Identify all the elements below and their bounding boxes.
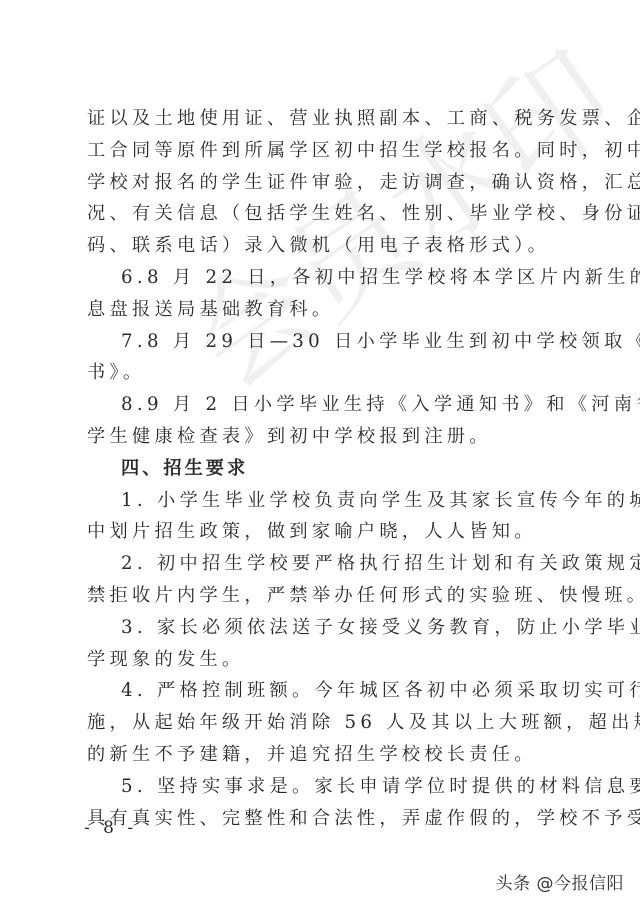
section-heading: 四、招生要求 <box>121 457 591 481</box>
document-line: 6.8 月 22 日，各初中招生学校将本学区片内新生的电子信 <box>121 266 591 290</box>
document-line: 学校对报名的学生证件审验，走访调查，确认资格，汇总情 <box>87 171 557 195</box>
page-number: - 8 - <box>84 818 137 838</box>
document-line: 3. 家长必须依法送子女接受义务教育，防止小学毕业生辍 <box>121 616 591 640</box>
document-line: 中划片招生政策，做到家喻户晓，人人皆知。 <box>87 520 557 544</box>
document-line: 施，从起始年级开始消除 56 人及其以上大班额，超出规定班额 <box>87 711 557 735</box>
document-line: 息盘报送局基础教育科。 <box>87 298 557 322</box>
document-line: 2. 初中招生学校要严格执行招生计划和有关政策规定，严 <box>121 552 591 576</box>
document-line: 码、联系电话）录入微机（用电子表格形式）。 <box>87 234 557 258</box>
document-line: 禁拒收片内学生，严禁举办任何形式的实验班、快慢班。 <box>87 584 557 608</box>
document-line: 学生健康检查表》到初中学校报到注册。 <box>87 425 557 449</box>
document-line: 5. 坚持实事求是。家长申请学位时提供的材料信息要同时 <box>121 775 591 799</box>
document-line: 学现象的发生。 <box>87 648 557 672</box>
document-page: 会员水印 证以及土地使用证、营业执照副本、工商、税务发票、企业用工合同等原件到所… <box>0 0 640 906</box>
document-line: 具有真实性、完整性和合法性，弄虚作假的，学校不予受理， <box>87 807 557 831</box>
document-line: 的新生不予建籍，并追究招生学校校长责任。 <box>87 743 557 767</box>
document-line: 证以及土地使用证、营业执照副本、工商、税务发票、企业用 <box>87 107 557 131</box>
document-line: 书》。 <box>87 361 557 385</box>
document-line: 7.8 月 29 日—30 日小学毕业生到初中学校领取《入学通知 <box>121 330 591 354</box>
document-line: 4. 严格控制班额。今年城区各初中必须采取切实可行的措 <box>121 679 591 703</box>
document-line: 8.9 月 2 日小学毕业生持《入学通知书》和《河南省中小 <box>121 393 591 417</box>
document-line: 1. 小学生毕业学校负责向学生及其家长宣传今年的城区初 <box>121 489 591 513</box>
document-line: 工合同等原件到所属学区初中招生学校报名。同时，初中招生 <box>87 139 557 163</box>
document-line: 况、有关信息（包括学生姓名、性别、毕业学校、身份证号 <box>87 202 557 226</box>
source-brand-label: 头条 @今报信阳 <box>496 869 624 894</box>
